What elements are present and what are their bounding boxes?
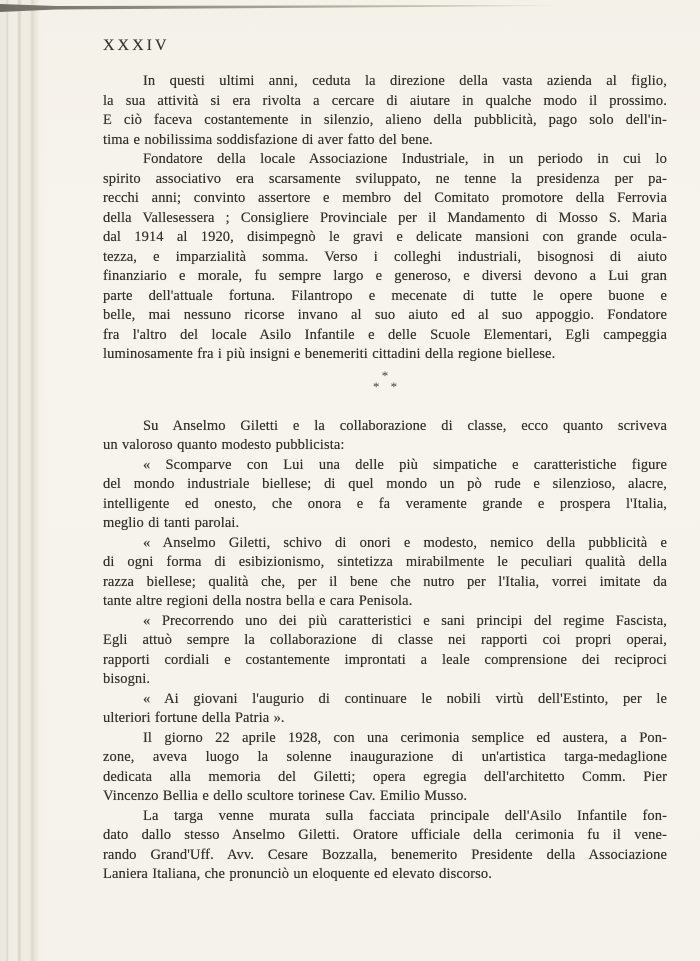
text-line: belle, mai nessuno ricorse invano al suo… <box>103 306 667 326</box>
text-line: Egli attuò sempre la collaborazione di c… <box>103 631 667 651</box>
text-line: tima e nobilissima soddisfazione di aver… <box>103 131 667 151</box>
text-line: Fondatore della locale Associazione Indu… <box>103 150 667 170</box>
text-line: Su Anselmo Giletti e la collaborazione d… <box>103 417 667 437</box>
text-line: luminosamente fra i più insigni e beneme… <box>103 345 667 365</box>
text-line: « Anselmo Giletti, schivo di onori e mod… <box>103 534 667 554</box>
asterism-separator: * * * <box>103 371 667 393</box>
asterisk-glyph-pair: * * <box>103 381 667 393</box>
text-line: spirito associativo era scarsamente svil… <box>103 170 667 190</box>
text-line: razza biellese; qualità che, per il bene… <box>103 573 667 593</box>
text-line: dedicata alla memoria del Giletti; opera… <box>103 768 667 788</box>
paragraph: « Anselmo Giletti, schivo di onori e mod… <box>103 534 667 612</box>
paragraph: « Precorrendo uno dei più caratteristici… <box>103 612 667 690</box>
text-line: la sua attività si era rivolta a cercare… <box>103 92 667 112</box>
text-line: Vincenzo Bellia e dello scultore torines… <box>103 787 667 807</box>
text-line: fra l'altro del locale Asilo Infantile e… <box>103 326 667 346</box>
text-line: Laniera Italiana, che pronunciò un eloqu… <box>103 865 667 885</box>
text-line: La targa venne murata sulla facciata pri… <box>103 807 667 827</box>
text-line: tezza, e imparzialità somma. Verso i col… <box>103 248 667 268</box>
paragraph: Su Anselmo Giletti e la collaborazione d… <box>103 417 667 456</box>
text-line: un valoroso quanto modesto pubblicista: <box>103 436 667 456</box>
text-line: meglio di tanti parolai. <box>103 514 667 534</box>
page-number: XXXIV <box>103 36 667 56</box>
paragraph: « Ai giovani l'augurio di continuare le … <box>103 690 667 729</box>
text-line: tante altre regioni della nostra bella e… <box>103 592 667 612</box>
paragraph: Il giorno 22 aprile 1928, con una cerimo… <box>103 729 667 807</box>
paragraph: Fondatore della locale Associazione Indu… <box>103 150 667 365</box>
text-line: « Ai giovani l'augurio di continuare le … <box>103 690 667 710</box>
paragraph: In questi ultimi anni, ceduta la direzio… <box>103 72 667 150</box>
scanned-book-page: XXXIV In questi ultimi anni, ceduta la d… <box>0 0 700 961</box>
text-line: dal 1914 al 1920, disimpegnò le gravi e … <box>103 228 667 248</box>
text-line: In questi ultimi anni, ceduta la direzio… <box>103 72 667 92</box>
text-line: parte dell'attuale fortuna. Filantropo e… <box>103 287 667 307</box>
text-line: E ciò faceva costantemente in silenzio, … <box>103 111 667 131</box>
text-line: intelligente ed onesto, che onora e fa v… <box>103 495 667 515</box>
text-line: del mondo industriale biellese; di quel … <box>103 475 667 495</box>
text-line: della Vallesessera ; Consigliere Provinc… <box>103 209 667 229</box>
text-line: ulteriori fortune della Patria ». <box>103 709 667 729</box>
text-line: zone, aveva luogo la solenne inaugurazio… <box>103 748 667 768</box>
text-line: recchi anni; convinto assertore e membro… <box>103 189 667 209</box>
text-line: « Precorrendo uno dei più caratteristici… <box>103 612 667 632</box>
text-line: dato dallo stesso Anselmo Giletti. Orato… <box>103 826 667 846</box>
text-line: « Scomparve con Lui una delle più simpat… <box>103 456 667 476</box>
text-line: di ogni forma di esibizionismo, sintetiz… <box>103 553 667 573</box>
text-line: bisogni. <box>103 670 667 690</box>
text-line: Il giorno 22 aprile 1928, con una cerimo… <box>103 729 667 749</box>
page-content: XXXIV In questi ultimi anni, ceduta la d… <box>0 0 667 885</box>
text-line: finanziario e morale, fu sempre largo e … <box>103 267 667 287</box>
paragraph: « Scomparve con Lui una delle più simpat… <box>103 456 667 534</box>
text-line: rando Grand'Uff. Avv. Cesare Bozzalla, b… <box>103 846 667 866</box>
paragraph: La targa venne murata sulla facciata pri… <box>103 807 667 885</box>
text-line: rapporti cordiali e costantemente impron… <box>103 651 667 671</box>
